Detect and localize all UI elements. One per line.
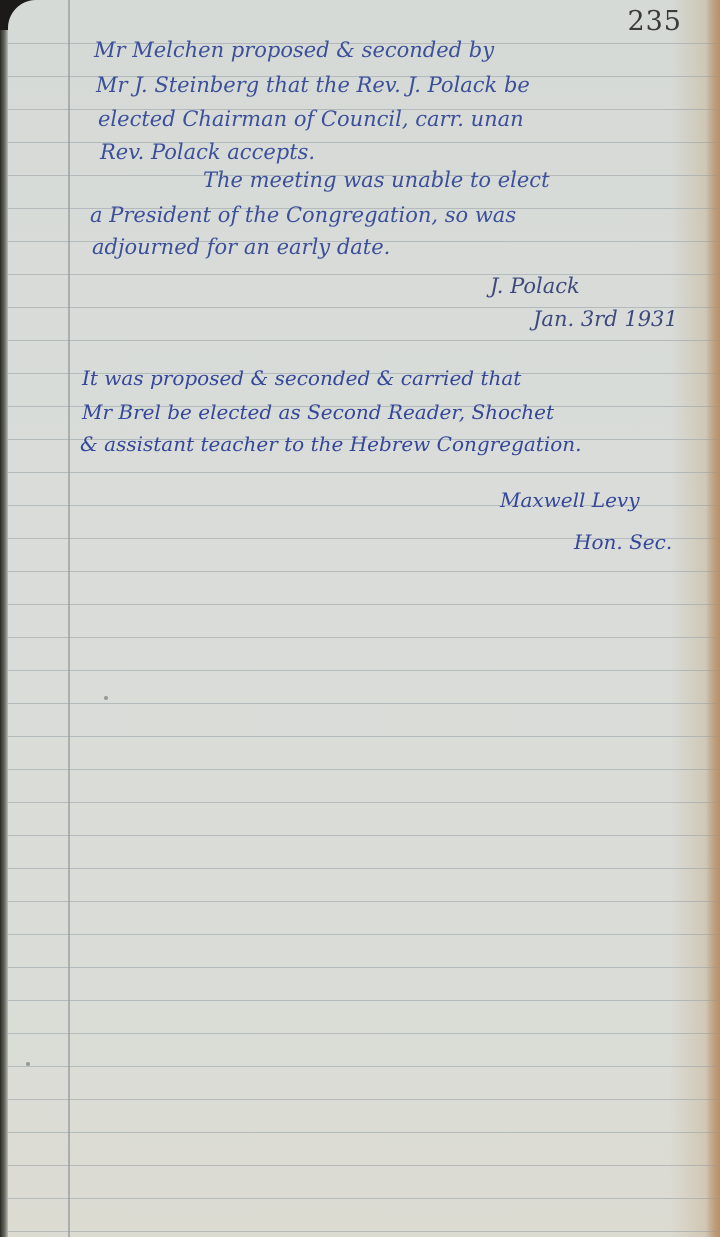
entry-line: Mr Melchen proposed & seconded by	[94, 38, 494, 62]
paper-speck	[26, 1062, 30, 1066]
entry-line: elected Chairman of Council, carr. unan	[98, 107, 524, 131]
entry-line: The meeting was unable to elect	[203, 168, 550, 192]
margin-line	[68, 0, 70, 1237]
entry-line: a President of the Congregation, so was	[90, 203, 516, 227]
book-spine-edge	[0, 30, 8, 1237]
entry-line: It was proposed & seconded & carried tha…	[82, 366, 521, 390]
secretary-title: Hon. Sec.	[574, 530, 672, 554]
entry-date: Jan. 3rd 1931	[533, 307, 678, 331]
secretary-signature: Maxwell Levy	[500, 488, 640, 512]
entry-line: Rev. Polack accepts.	[100, 140, 315, 164]
entry-line: & assistant teacher to the Hebrew Congre…	[80, 432, 582, 456]
entry-line: Mr Brel be elected as Second Reader, Sho…	[82, 400, 554, 424]
entry-line: adjourned for an early date.	[92, 235, 390, 259]
entry-line: Mr J. Steinberg that the Rev. J. Polack …	[96, 73, 530, 97]
chairman-signature: J. Polack	[490, 274, 580, 298]
page-number: 235	[627, 6, 682, 37]
paper-speck	[104, 696, 108, 700]
page-edge-shadow	[706, 0, 720, 1237]
scanned-ledger-page: 235 Mr Melchen proposed & seconded by Mr…	[0, 0, 720, 1237]
ledger-page: 235 Mr Melchen proposed & seconded by Mr…	[8, 0, 720, 1237]
